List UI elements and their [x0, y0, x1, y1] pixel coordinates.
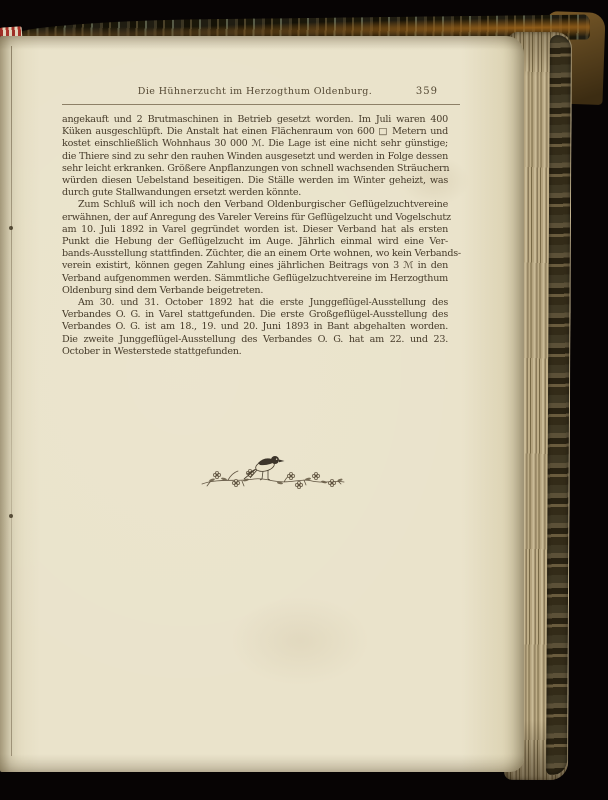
- text-line: durch gute Stallwandungen ersetzt werden…: [62, 187, 448, 199]
- text-line: am 10. Juli 1892 in Varel gegründet word…: [62, 224, 448, 236]
- text-line: Zum Schluß will ich noch den Verband Old…: [62, 199, 448, 211]
- text-line: Verbandes O. G. in Varel stattgefunden. …: [62, 309, 448, 321]
- gutter-crease-line: [11, 46, 12, 756]
- paper-stain: [230, 596, 370, 686]
- book-scan: Die Hühnerzucht im Herzogthum Oldenburg.…: [0, 0, 608, 800]
- text-line: bands-Ausstellung stattfinden. Züchter, …: [62, 248, 448, 260]
- text-line: Punkt die Hebung der Geflügelzucht im Au…: [62, 236, 448, 248]
- floral-bird-ornament-icon: [198, 452, 348, 496]
- text-line: erwähnen, der auf Anregung des Vareler V…: [62, 212, 448, 224]
- header-rule: [62, 104, 460, 105]
- text-line: Verbandes O. G. ist am 18., 19. und 20. …: [62, 321, 448, 333]
- running-head-title: Die Hühnerzucht im Herzogthum Oldenburg.: [138, 86, 372, 97]
- page-content: Die Hühnerzucht im Herzogthum Oldenburg.…: [62, 86, 448, 358]
- binding-hole: [9, 226, 13, 230]
- text-line: Die zweite Junggeflügel-Ausstellung des …: [62, 334, 448, 346]
- text-line: Oldenburg sind dem Verbande beigetreten.: [62, 285, 448, 297]
- binding-hole: [9, 514, 13, 518]
- text-line: sehr leicht erkranken. Größere Anpflanzu…: [62, 163, 448, 175]
- book-page: Die Hühnerzucht im Herzogthum Oldenburg.…: [0, 36, 524, 772]
- text-line: kostet einschließlich Wohnhaus 30 000 ℳ.…: [62, 138, 448, 150]
- text-line: die Thiere sind zu sehr den rauhen Winde…: [62, 151, 448, 163]
- text-line: würden diesen Uebelstand beseitigen. Die…: [62, 175, 448, 187]
- paragraph: angekauft und 2 Brutmaschinen in Betrieb…: [62, 114, 448, 199]
- text-line: Verband aufgenommen werden. Sämmtliche G…: [62, 273, 448, 285]
- text-line: angekauft und 2 Brutmaschinen in Betrieb…: [62, 114, 448, 126]
- book-fore-edge-stained-strip: [546, 35, 571, 775]
- text-line: October in Westerstede stattgefunden.: [62, 346, 448, 358]
- running-head: Die Hühnerzucht im Herzogthum Oldenburg.…: [62, 86, 448, 101]
- paragraph: Am 30. und 31. October 1892 hat die erst…: [62, 297, 448, 358]
- paragraph: Zum Schluß will ich noch den Verband Old…: [62, 199, 448, 297]
- body-text: angekauft und 2 Brutmaschinen in Betrieb…: [62, 114, 448, 358]
- text-line: Am 30. und 31. October 1892 hat die erst…: [62, 297, 448, 309]
- text-line: verein existirt, können gegen Zahlung ei…: [62, 260, 448, 272]
- page-number: 359: [416, 86, 438, 97]
- text-line: Küken ausgeschlüpft. Die Anstalt hat ein…: [62, 126, 448, 138]
